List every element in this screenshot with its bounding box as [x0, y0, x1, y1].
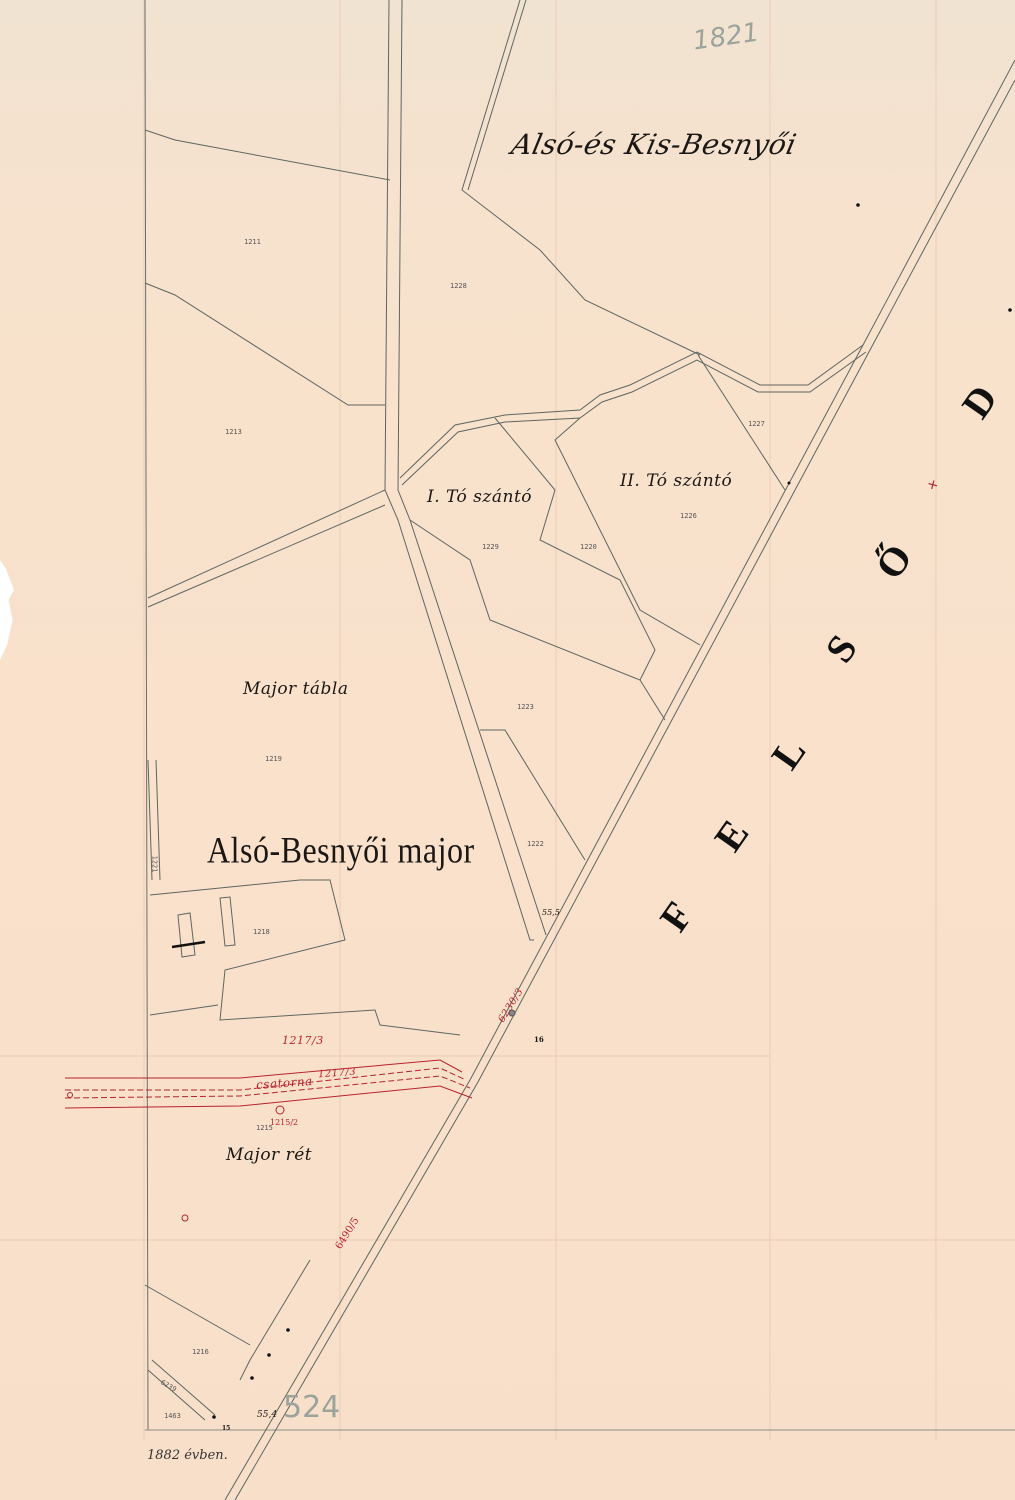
parcel-number: 1220 [580, 543, 597, 551]
region-label-also-besnyoi-major: Alsó-Besnyői major [207, 829, 475, 872]
parcel-number: 1463 [164, 1412, 181, 1420]
red-parcel-1217-3: 1217/3 [282, 1034, 324, 1047]
pencil-note-524: 524 [283, 1390, 340, 1425]
red-parcel-1215-2: 1215/2 [270, 1118, 298, 1127]
survey-mark-15: 15 [222, 1425, 230, 1432]
parcel-number: 1216 [192, 1348, 209, 1356]
cadastral-map-sheet: Alsó-és Kis-Besnyői Alsó-Besnyői major F… [0, 0, 1015, 1500]
elevation-55-4: 55,4 [257, 1410, 277, 1420]
parcel-number: 1229 [482, 543, 499, 551]
field-label-ii-to-szanto: II. Tó szántó [620, 471, 732, 491]
elevation-55-5: 55,5 [542, 908, 560, 917]
parcel-number: 1219 [265, 755, 282, 763]
field-label-i-to-szanto: I. Tó szántó [427, 487, 532, 507]
field-label-major-tabla: Major tábla [243, 679, 349, 699]
parcel-number: 1228 [450, 282, 467, 290]
survey-grid [0, 0, 1015, 1440]
parcel-number: 1222 [527, 840, 544, 848]
field-label-major-ret: Major rét [226, 1145, 312, 1165]
parcel-number: 1213 [225, 428, 242, 436]
map-date: 1882 évben. [147, 1448, 228, 1463]
parcel-number: 1221 [150, 856, 158, 873]
parcel-boundaries [145, 0, 1015, 1500]
parcel-number: 1218 [253, 928, 270, 936]
map-linework [0, 0, 1015, 1500]
parcel-number: 1227 [748, 420, 765, 428]
parcel-number: 1226 [680, 512, 697, 520]
parcel-number: 1211 [244, 238, 261, 246]
region-label-also-es-kis-besnyoi: Alsó-és Kis-Besnyői [508, 128, 799, 161]
parcel-number: 1223 [517, 703, 534, 711]
survey-mark-16: 16 [534, 1035, 544, 1044]
